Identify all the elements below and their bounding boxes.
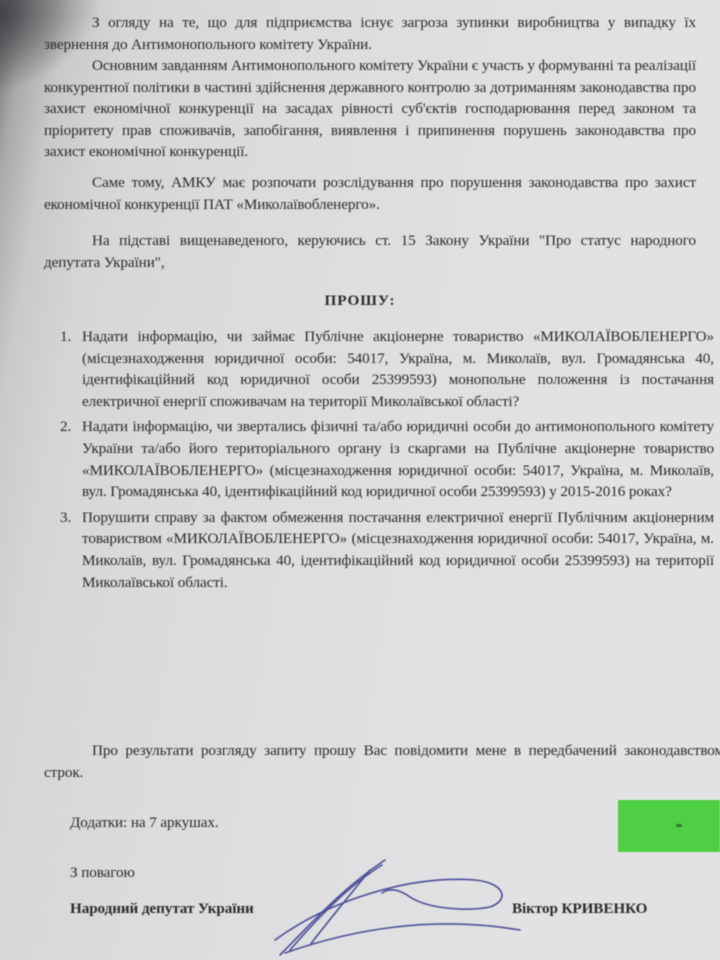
paragraph-closing: Про результати розгляду запиту прошу Вас…	[44, 740, 720, 783]
paragraph-threat: З огляду на те, що для підприємства існу…	[44, 12, 696, 55]
request-number: 2.	[60, 416, 82, 502]
paragraph-legal-basis: На підставі вищенаведеного, керуючись ст…	[44, 230, 696, 273]
regards-text: З повагою	[70, 862, 135, 884]
paragraph-amku-task: Основним завданням Антимонопольного комі…	[44, 55, 696, 163]
document-photo: З огляду на те, що для підприємства існу…	[0, 0, 720, 960]
attachments-note: Додатки: на 7 аркушах.	[70, 812, 696, 834]
request-text: Надати інформацію, чи звертались фізичні…	[82, 416, 714, 502]
green-redaction-sticker	[618, 800, 720, 852]
request-text: Надати інформацію, чи займає Публічне ак…	[82, 326, 714, 412]
request-text: Порушити справу за фактом обмеження пост…	[82, 507, 714, 593]
request-number: 1.	[60, 326, 82, 412]
request-number: 3.	[60, 507, 82, 593]
sticker-mark	[676, 824, 682, 827]
signer-name: Віктор КРИВЕНКО	[512, 898, 647, 920]
signer-title: Народний депутат України	[70, 898, 254, 920]
paragraph-investigation: Саме тому, АМКУ має розпочати розслідува…	[44, 172, 696, 215]
request-item-3: 3. Порушити справу за фактом обмеження п…	[60, 507, 714, 593]
request-item-1: 1. Надати інформацію, чи займає Публічне…	[60, 326, 714, 412]
handwritten-signature-icon	[270, 845, 530, 960]
request-item-2: 2. Надати інформацію, чи звертались фізи…	[60, 416, 714, 502]
request-list: 1. Надати інформацію, чи займає Публічне…	[60, 326, 714, 595]
request-heading: ПРОШУ:	[0, 290, 720, 312]
